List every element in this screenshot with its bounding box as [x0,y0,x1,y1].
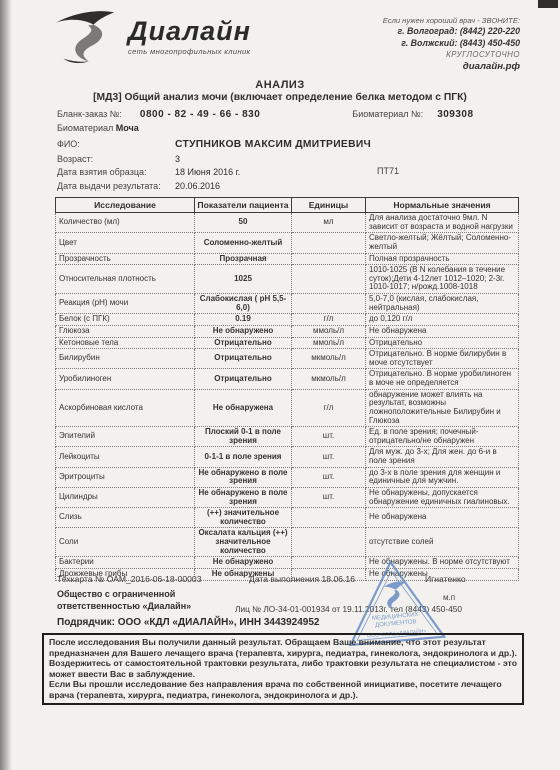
document-subtitle: [МД3] Общий анализ мочи (включает опреде… [0,92,560,103]
biomaterial-value: Моча [116,123,139,133]
unit-cell: г/л [292,389,366,427]
execution-date: Дата выполнения 18.06.16 [249,574,355,584]
patient-value-cell: Не обнаружено в поле зрения [195,467,292,487]
techcard-number: Техкарта № ОАМ_2016-06-18-00003 [57,574,201,584]
table-row: ЭритроцитыНе обнаружено в поле зренияшт.… [56,467,519,487]
patient-value-cell: 0-1-1 в поле зрения [195,447,292,467]
patient-age-row: Возраст: 3 [57,155,417,164]
contact-volgograd: г. Волгоград: (8442) 220-220 [383,26,520,38]
patient-value-cell: Не обнаружена [195,389,292,427]
normal-value-cell: отсутствие солей [366,528,519,557]
test-name-cell: Слизь [56,508,195,528]
normal-value-cell: Не обнаружена [366,325,519,337]
unit-cell [292,528,366,557]
unit-cell [292,508,366,528]
lab-code: ПТ71 [377,167,399,176]
unit-cell [292,233,366,253]
normal-value-cell: Отрицательно. В норме уробилиноген в моч… [366,369,519,389]
test-name-cell: Цилиндры [56,487,195,507]
result-date-value: 20.06.2016 [175,182,220,191]
col-header-normal: Нормальные значения [366,198,519,213]
contact-block: Если нужен хороший врач - ЗВОНИТЕ: г. Во… [383,16,520,73]
col-header-units: Единицы [292,198,366,213]
table-row: Белок (с ПГК)0.19г/лдо 0,120 г/л [56,314,519,326]
test-name-cell: Билирубин [56,349,195,369]
unit-cell [292,265,366,294]
normal-value-cell: до 0,120 г/л [366,314,519,326]
patient-result-date-row: Дата выдачи результата: 20.06.2016 [57,182,417,191]
stamp-place-label: м.п [443,593,455,602]
fio-label: ФИО: [57,140,175,150]
normal-value-cell: Для муж. до 3-х; Для жен. до 6-и в поле … [366,447,519,467]
normal-value-cell: Для анализа достаточно 9мл. N зависит от… [366,213,519,233]
unit-cell [292,294,366,314]
table-row: Лейкоциты0-1-1 в поле зренияшт.Для муж. … [56,447,519,467]
results-table-body: Количество (мл)50млДля анализа достаточн… [56,213,519,581]
patient-value-cell: Соломенно-желтый [195,233,292,253]
test-name-cell: Эритроциты [56,467,195,487]
brand-tagline: сеть многопрофильных клиник [128,47,251,56]
notice-paragraph-2: Если Вы прошли исследование без направле… [49,679,517,700]
unit-cell: мл [292,213,366,233]
brand-text: Диалайн сеть многопрофильных клиник [128,18,251,56]
contact-volzhsky: г. Волжский: (8443) 450-450 [383,38,520,50]
table-row: ЭпителийПлоский 0-1 в поле зренияшт.Ед. … [56,427,519,447]
unit-cell: ммоль/л [292,337,366,349]
unit-cell: шт. [292,447,366,467]
scanned-report-page: Диалайн сеть многопрофильных клиник Если… [0,0,560,770]
notice-paragraph-1: После исследования Вы получили данный ре… [49,637,517,679]
table-row: ГлюкозаНе обнаруженоммоль/лНе обнаружена [56,325,519,337]
table-row: Кетоновые телаОтрицательноммоль/лОтрицат… [56,337,519,349]
biomaterial-no-value: 309308 [437,109,473,120]
table-header-row: Исследование Показатели пациента Единицы… [56,198,519,213]
dialine-logo-icon [52,6,118,64]
table-row: ЦветСоломенно-желтыйСветло-желтый; Жёлты… [56,233,519,253]
table-row: БилирубинОтрицательномкмоль/лОтрицательн… [56,349,519,369]
patient-value-cell: Оксалата кальция (++) значительное колич… [195,528,292,557]
normal-value-cell: Не обнаружены, допускается обнаружение е… [366,487,519,507]
test-name-cell: Глюкоза [56,325,195,337]
normal-value-cell: Ед. в поле зрения; почечный-отрицательно… [366,427,519,447]
test-name-cell: Белок (с ПГК) [56,314,195,326]
sample-date-value: 18 Июня 2016 г. [175,168,240,177]
patient-value-cell: Отрицательно [195,349,292,369]
contact-slogan: Если нужен хороший врач - ЗВОНИТЕ: [383,16,520,26]
table-row: Аскорбиновая кислотаНе обнаруженаг/лобна… [56,389,519,427]
age-value: 3 [175,155,180,164]
notice-box: После исследования Вы получили данный ре… [42,633,524,705]
patient-value-cell: Не обнаружено [195,325,292,337]
test-name-cell: Количество (мл) [56,213,195,233]
table-row: Реакция (рН) мочиСлабокислая ( рН 5,5-6,… [56,294,519,314]
unit-cell: ммоль/л [292,325,366,337]
company-line2: ответственностью «Диалайн» [57,601,191,613]
col-header-patient-value: Показатели пациента [195,198,292,213]
normal-value-cell: Полная прозрачность [366,253,519,265]
test-name-cell: Цвет [56,233,195,253]
company-line1: Общество с ограниченной [57,589,191,601]
fio-value: СТУПНИКОВ МАКСИМ ДМИТРИЕВИЧ [175,140,371,150]
biomaterial-row: Биоматериал Моча [57,123,139,133]
company-block: Общество с ограниченной ответственностью… [57,589,191,612]
test-name-cell: Уробилиноген [56,369,195,389]
col-header-test: Исследование [56,198,195,213]
unit-cell: г/л [292,314,366,326]
table-row: УробилиногенОтрицательномкмоль/лОтрицате… [56,369,519,389]
patient-value-cell: (++) значительное количество [195,508,292,528]
unit-cell: шт. [292,467,366,487]
age-label: Возраст: [57,155,175,164]
test-name-cell: Относительная плотность [56,265,195,294]
unit-cell: мкмоль/л [292,369,366,389]
patient-value-cell: 50 [195,213,292,233]
contact-website: диалайн.рф [383,61,520,74]
blank-order-label: Бланк-заказ №: [57,109,122,119]
scan-corner-mark [538,0,558,8]
table-row: ЦилиндрыНе обнаружено в поле зренияшт.Не… [56,487,519,507]
patient-value-cell: 0.19 [195,314,292,326]
test-name-cell: Лейкоциты [56,447,195,467]
sample-date-label: Дата взятия образца: [57,168,175,177]
brand-name: Диалайн [128,18,251,45]
patient-value-cell: Прозрачная [195,253,292,265]
patient-value-cell: Плоский 0-1 в поле зрения [195,427,292,447]
table-row: ПрозрачностьПрозрачнаяПолная прозрачност… [56,253,519,265]
patient-fio-row: ФИО: СТУПНИКОВ МАКСИМ ДМИТРИЕВИЧ [57,140,417,150]
test-name-cell: Эпителий [56,427,195,447]
patient-sample-date-row: Дата взятия образца: 18 Июня 2016 г. [57,168,417,177]
order-row: Бланк-заказ №:0800 - 82 - 49 - 66 - 830Б… [57,109,520,120]
test-name-cell: Бактерии [56,557,195,569]
contact-hours: КРУГЛОСУТОЧНО [383,50,520,61]
biomaterial-label: Биоматериал [57,123,113,133]
patient-value-cell: Отрицательно [195,369,292,389]
test-name-cell: Соли [56,528,195,557]
unit-cell: мкмоль/л [292,349,366,369]
patient-value-cell: Не обнаружено в поле зрения [195,487,292,507]
unit-cell [292,253,366,265]
patient-value-cell: Не обнаружено [195,557,292,569]
test-name-cell: Кетоновые тела [56,337,195,349]
table-row: БактерииНе обнаруженоНе обнаружены. В но… [56,557,519,569]
test-name-cell: Реакция (рН) мочи [56,294,195,314]
scan-edge-shadow [0,0,12,770]
brand-header: Диалайн сеть многопрофильных клиник [52,6,251,64]
patient-value-cell: 1025 [195,265,292,294]
table-row: Количество (мл)50млДля анализа достаточн… [56,213,519,233]
test-name-cell: Прозрачность [56,253,195,265]
patient-value-cell: Отрицательно [195,337,292,349]
patient-value-cell: Слабокислая ( рН 5,5-6,0) [195,294,292,314]
contractor-line: Подрядчик: ООО «КДЛ «ДИАЛАЙН», ИНН 34439… [57,617,319,628]
unit-cell: шт. [292,427,366,447]
normal-value-cell: обнаружение может влиять на результат, в… [366,389,519,427]
normal-value-cell: Светло-желтый; Жёлтый; Соломенно-желтый [366,233,519,253]
unit-cell: шт. [292,487,366,507]
normal-value-cell: до 3-х в поле зрения для женщин и единич… [366,467,519,487]
normal-value-cell: 1010-1025 (В N колебания в течение суток… [366,265,519,294]
normal-value-cell: Отрицательно [366,337,519,349]
table-row: Слизь(++) значительное количествоНе обна… [56,508,519,528]
normal-value-cell: Отрицательно. В норме билирубин в моче о… [366,349,519,369]
results-table: Исследование Показатели пациента Единицы… [55,197,519,581]
blank-order-value: 0800 - 82 - 49 - 66 - 830 [140,109,260,120]
biomaterial-no-label: Биоматериал №: [352,109,423,119]
document-title: АНАЛИЗ [0,79,560,91]
normal-value-cell: 5,0-7,0 (кислая, слабокислая, нейтральна… [366,294,519,314]
test-name-cell: Аскорбиновая кислота [56,389,195,427]
patient-info: ФИО: СТУПНИКОВ МАКСИМ ДМИТРИЕВИЧ Возраст… [57,140,417,195]
result-date-label: Дата выдачи результата: [57,182,175,191]
normal-value-cell: Не обнаружена [366,508,519,528]
table-row: СолиОксалата кальция (++) значительное к… [56,528,519,557]
table-row: Относительная плотность10251010-1025 (В … [56,265,519,294]
